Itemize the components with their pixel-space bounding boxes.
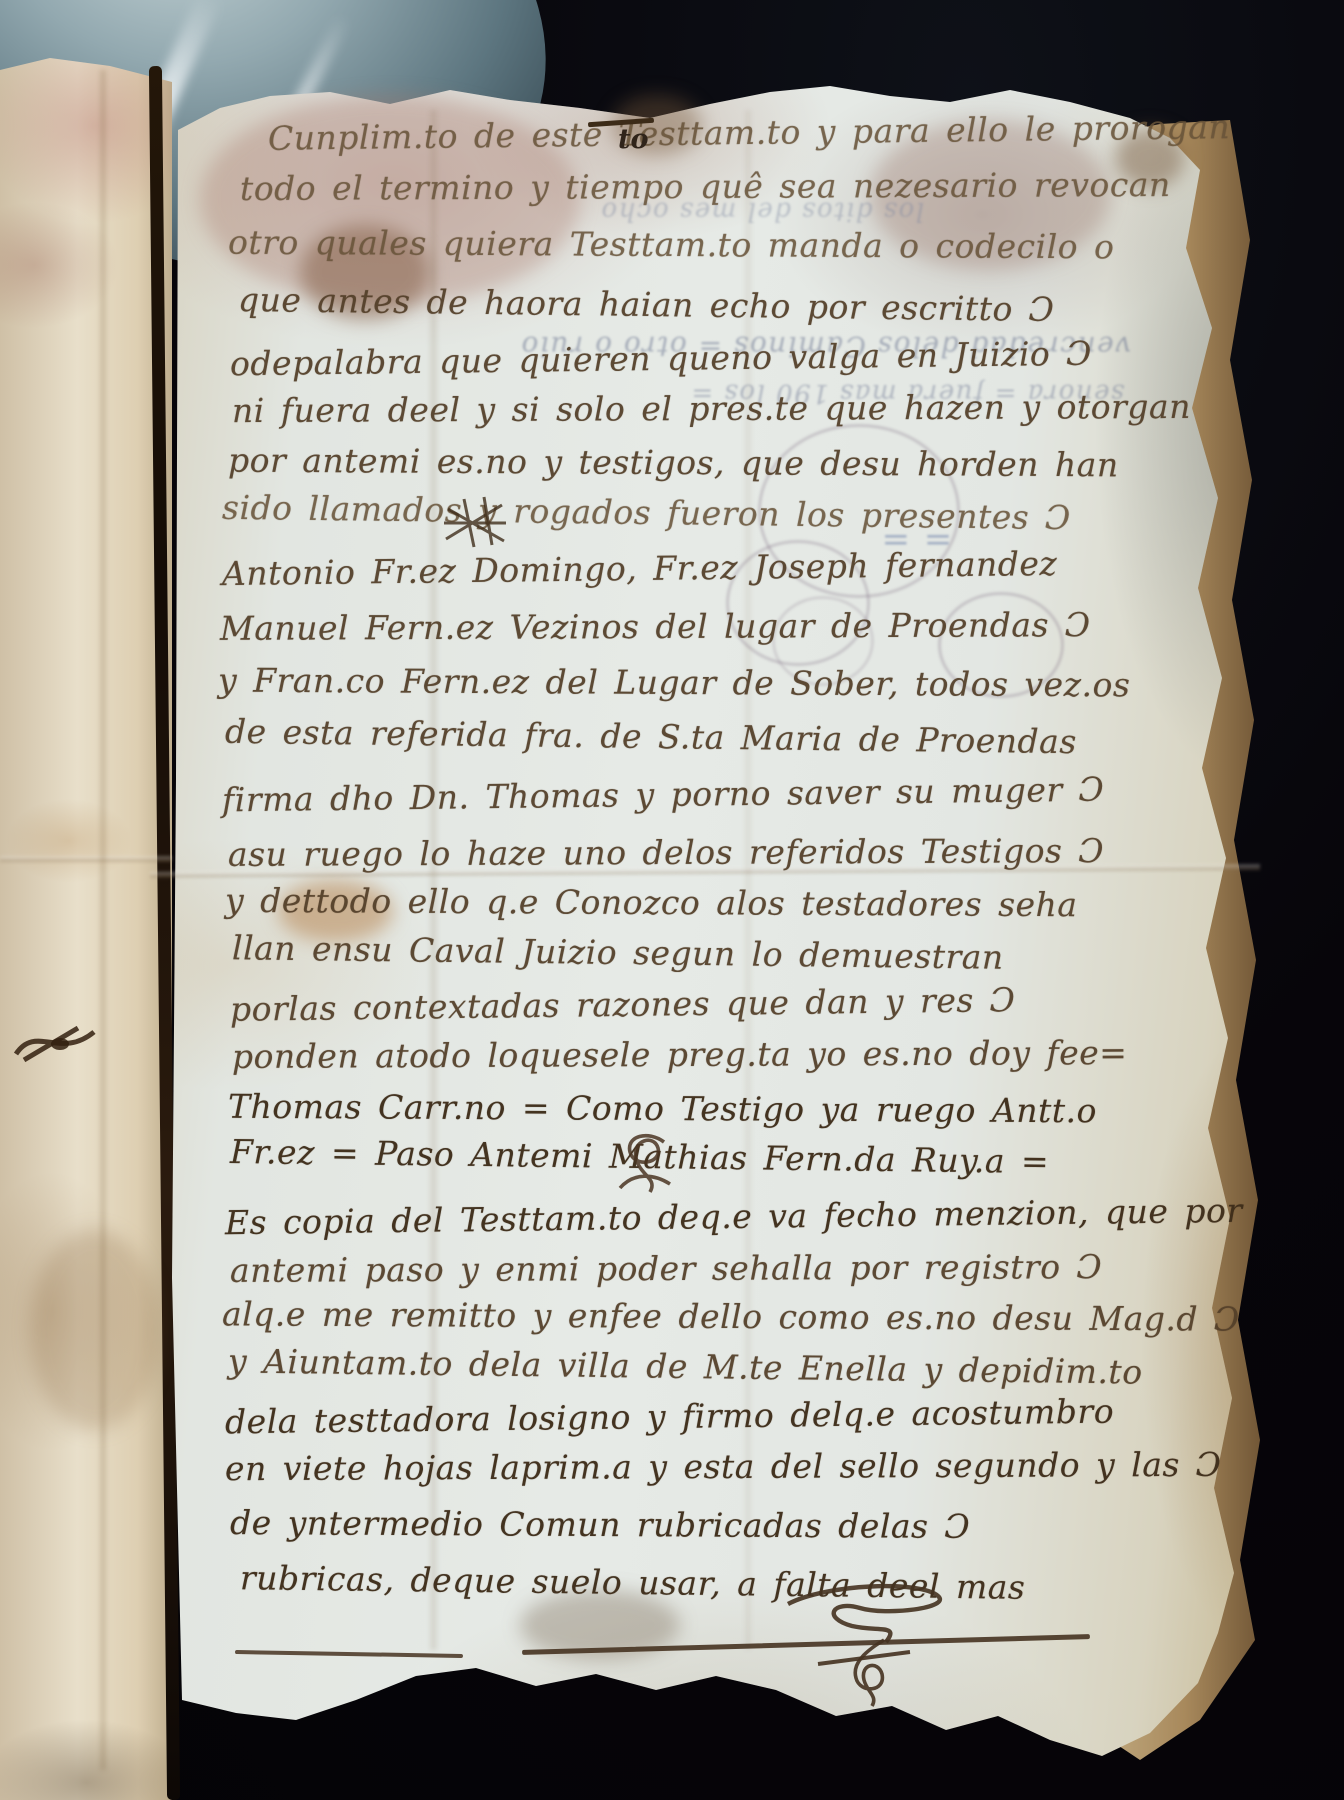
manuscript-line: y Fran.co Fern.ez del Lugar de Sober, to… xyxy=(218,664,1131,702)
manuscript-line: Antonio Fr.ez Domingo, Fr.ez Joseph fern… xyxy=(222,547,1058,590)
manuscript-line: porlas contextadas razones que dan y res… xyxy=(230,983,1016,1026)
manuscript-line: por antemi es.no y testigos, que desu ho… xyxy=(228,444,1119,482)
manuscript-line: y Aiuntam.to dela villa de M.te Enella y… xyxy=(228,1344,1143,1388)
manuscript-line: asu ruego lo haze uno delos referidos Te… xyxy=(228,834,1104,871)
manuscript-line: ponden atodo loquesele preg.ta yo es.no … xyxy=(232,1036,1128,1073)
manuscript-line: firma dho Dn. Thomas y porno saver su mu… xyxy=(222,773,1105,817)
manuscript-line: que antes de haora haian echo por escrit… xyxy=(238,283,1055,326)
manuscript-line: en viete hojas laprim.a y esta del sello… xyxy=(225,1448,1222,1485)
manuscript-line: de esta referida fra. de S.ta Maria de P… xyxy=(225,715,1077,758)
manuscript-line: alq.e me remitto y enfee dello como es.n… xyxy=(222,1297,1240,1335)
stain xyxy=(30,1230,160,1430)
manuscript-line: odepalabra que quieren queno valga en Ju… xyxy=(230,337,1092,381)
manuscript-line: ni fuera deel y si solo el pres.te que h… xyxy=(232,390,1191,427)
insertion-mark: to xyxy=(618,124,648,155)
manuscript-line: y dettodo ello q.e Conozco alos testador… xyxy=(225,884,1078,921)
manuscript-line: sido llamados y rogados fueron los prese… xyxy=(222,491,1071,534)
manuscript-line: Manuel Fern.ez Vezinos del lugar de Proe… xyxy=(220,608,1091,645)
manuscript-line: todo el termino y tiempo quê sea nezesar… xyxy=(240,168,1171,205)
manuscript-line: antemi paso y enmi poder sehalla por reg… xyxy=(230,1250,1102,1287)
strikeout-blot-icon xyxy=(440,495,510,550)
previous-page-edge xyxy=(0,56,172,1800)
manuscript-line: de yntermedio Comun rubricadas delas Ɔ xyxy=(230,1506,970,1543)
manuscript-line: llan ensu Caval Juizio segun lo demuestr… xyxy=(232,931,1004,973)
photo-backdrop: lles lo a bre le pr i s o Ɔ a c Ɔ Ɔ Ɔ Ɔ … xyxy=(0,0,1344,1800)
manuscript-line: otro quales quiera Testtam.to manda o co… xyxy=(228,226,1115,264)
manuscript-line: Thomas Carr.no = Como Testigo ya ruego A… xyxy=(228,1090,1097,1128)
ink-blot-icon xyxy=(8,1012,100,1074)
manuscript-line: dela testtadora losigno y firmo delq.e a… xyxy=(225,1395,1114,1439)
fold-crease-horizontal xyxy=(0,856,172,862)
signature-rubric-icon xyxy=(760,1568,970,1718)
fold-crease-vertical xyxy=(100,70,106,1770)
notary-paraph-icon xyxy=(600,1128,692,1200)
